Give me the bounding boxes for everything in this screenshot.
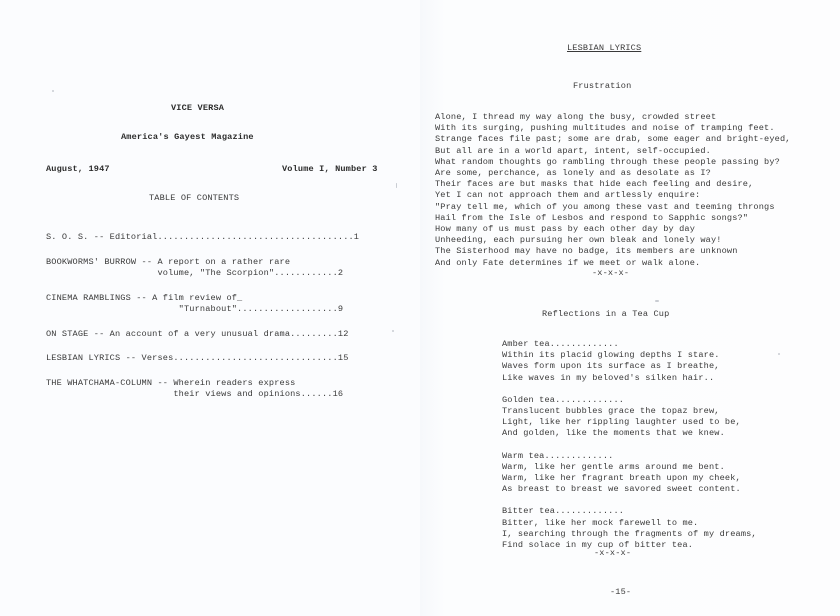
toc-line: "Turnabout"...................9 bbox=[46, 304, 376, 315]
paper-speck bbox=[396, 183, 397, 188]
magazine-subtitle: America's Gayest Magazine bbox=[121, 132, 254, 143]
end-separator: -x-x-x- bbox=[594, 548, 631, 559]
poem-line: Alone, I thread my way along the busy, c… bbox=[435, 112, 791, 123]
toc-line: volume, "The Scorpion"............2 bbox=[46, 268, 376, 279]
poem-line: And golden, like the moments that we kne… bbox=[502, 428, 757, 439]
poem-line: I, searching through the fragments of my… bbox=[502, 529, 757, 540]
poem-line: Bitter, like her mock farewell to me. bbox=[502, 518, 757, 529]
poem-line: Within its placid glowing depths I stare… bbox=[502, 350, 757, 361]
poem-line: Like waves in my beloved's silken hair.. bbox=[502, 373, 757, 384]
poem-line: As breast to breast we savored sweet con… bbox=[502, 484, 757, 495]
paper-speck bbox=[52, 90, 54, 92]
toc-line: LESBIAN LYRICS -- Verses................… bbox=[46, 353, 376, 364]
poem-line: Light, like her rippling laughter used t… bbox=[502, 417, 757, 428]
toc-entry-bookworms-burrow: BOOKWORMS' BURROW -- A report on a rathe… bbox=[46, 257, 376, 279]
poem-line: "Pray tell me, which of you among these … bbox=[435, 202, 791, 213]
poem-line: How many of us must pass by each other d… bbox=[435, 224, 791, 235]
poem-line: Unheeding, each pursuing her own bleak a… bbox=[435, 235, 791, 246]
poem-stanza: Amber tea.............Within its placid … bbox=[502, 339, 757, 384]
poem-line: Warm, like her fragrant breath upon my c… bbox=[502, 473, 757, 484]
toc-line: their views and opinions......16 bbox=[46, 389, 376, 400]
poem-line: With its surging, pushing multitudes and… bbox=[435, 123, 791, 134]
toc-line: ON STAGE -- An account of a very unusual… bbox=[46, 329, 376, 340]
poem-stanza: Warm tea.............Warm, like her gent… bbox=[502, 451, 757, 496]
toc-entry-whatchama-column: THE WHATCHAMA-COLUMN -- Wherein readers … bbox=[46, 378, 376, 400]
toc-entry-cinema-ramblings: CINEMA RAMBLINGS -- A film review of_ "T… bbox=[46, 293, 376, 315]
toc-line: CINEMA RAMBLINGS -- A film review of_ bbox=[46, 293, 376, 304]
paper-speck bbox=[392, 330, 394, 332]
section-separator: -x-x-x- bbox=[592, 268, 629, 279]
toc-entry-on-stage: ON STAGE -- An account of a very unusual… bbox=[46, 329, 376, 340]
poem-frustration: Alone, I thread my way along the busy, c… bbox=[435, 112, 791, 269]
poem-line: Yet I can not approach them and artlessl… bbox=[435, 190, 791, 201]
poem-line: Waves form upon its surface as I breathe… bbox=[502, 361, 757, 372]
poem-title-tea-cup: Reflections in a Tea Cup bbox=[542, 309, 669, 320]
poem-line: Translucent bubbles grace the topaz brew… bbox=[502, 406, 757, 417]
left-page: VICE VERSA America's Gayest Magazine Aug… bbox=[0, 0, 420, 616]
poem-line: The Sisterhood may have no badge, its me… bbox=[435, 246, 791, 257]
toc-heading: TABLE OF CONTENTS bbox=[149, 193, 239, 204]
poem-line: Warm, like her gentle arms around me ben… bbox=[502, 462, 757, 473]
paper-speck bbox=[778, 353, 780, 355]
toc-entry-editorial: S. O. S. -- Editorial...................… bbox=[46, 232, 376, 243]
paper-speck bbox=[655, 300, 659, 302]
issue-date: August, 1947 bbox=[46, 164, 110, 175]
poem-line: What random thoughts go rambling through… bbox=[435, 157, 791, 168]
toc-line: THE WHATCHAMA-COLUMN -- Wherein readers … bbox=[46, 378, 376, 389]
poem-title-frustration: Frustration bbox=[573, 81, 631, 92]
page-number: -15- bbox=[610, 587, 631, 598]
poem-line: Are some, perchance, as lonely and as de… bbox=[435, 168, 791, 179]
poem-tea-cup: Amber tea.............Within its placid … bbox=[502, 339, 757, 562]
poem-stanza: Golden tea.............Translucent bubbl… bbox=[502, 395, 757, 440]
poem-line: Their faces are but masks that hide each… bbox=[435, 179, 791, 190]
toc-entry-lesbian-lyrics: LESBIAN LYRICS -- Verses................… bbox=[46, 353, 376, 364]
magazine-title: VICE VERSA bbox=[171, 103, 224, 114]
poem-line: Golden tea............. bbox=[502, 395, 757, 406]
poem-line: Hail from the Isle of Lesbos and respond… bbox=[435, 213, 791, 224]
table-of-contents: S. O. S. -- Editorial...................… bbox=[46, 232, 376, 414]
section-title: LESBIAN LYRICS bbox=[567, 43, 641, 54]
poem-line: Bitter tea............. bbox=[502, 506, 757, 517]
poem-line: Warm tea............. bbox=[502, 451, 757, 462]
toc-line: S. O. S. -- Editorial...................… bbox=[46, 232, 376, 243]
poem-line: Strange faces file past; some are drab, … bbox=[435, 134, 791, 145]
poem-stanza: Bitter tea.............Bitter, like her … bbox=[502, 506, 757, 551]
poem-line: Amber tea............. bbox=[502, 339, 757, 350]
toc-line: BOOKWORMS' BURROW -- A report on a rathe… bbox=[46, 257, 376, 268]
issue-volume: Volume I, Number 3 bbox=[282, 164, 378, 175]
poem-line: But all are in a world apart, intent, se… bbox=[435, 146, 791, 157]
